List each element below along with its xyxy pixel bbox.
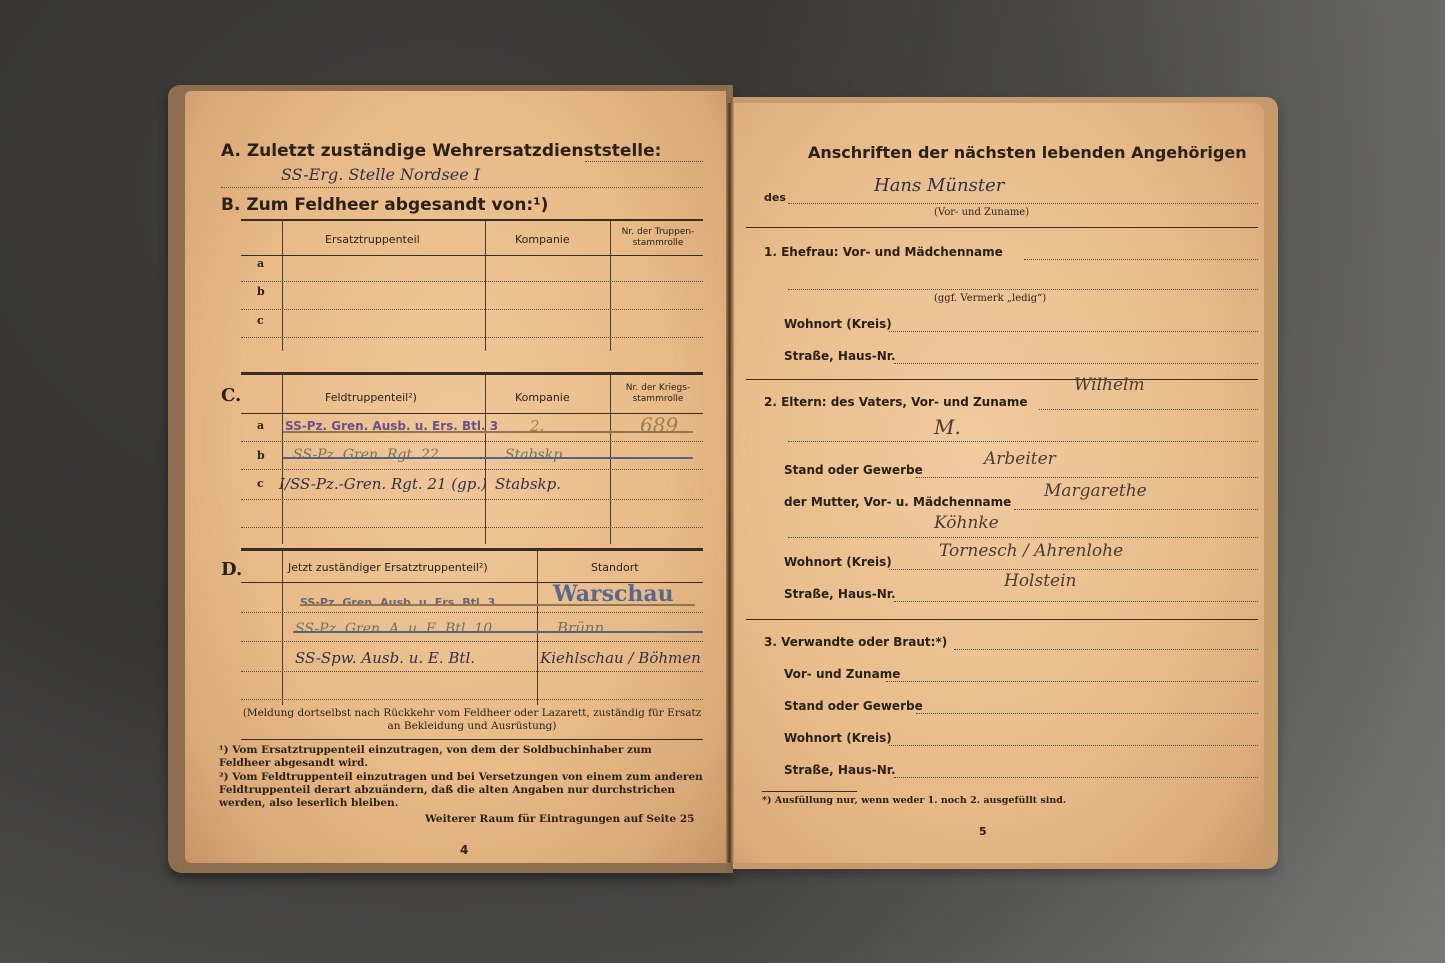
dotted-line [889,569,1258,570]
dotted-line [916,713,1258,714]
column-divider [610,221,611,351]
dotted-line [241,699,703,700]
section-3-name: Vor- und Zuname [784,667,900,681]
col-standort: Standort [591,561,639,574]
mother-label: der Mutter, Vor- u. Mädchenname [784,495,1011,509]
row-letter: a [257,419,264,432]
row-a: a [257,257,264,270]
section-d-label: D. [221,559,242,580]
col-feldtruppenteil: Feldtruppenteil²) [325,391,417,404]
row-c: c [257,314,264,327]
unit-stamp: SS-Pz. Gren. Ausb. u. Ers. Btl. 3 [300,596,495,609]
dotted-line [241,281,703,282]
rule [241,219,703,221]
soldier-name: Hans Münster [874,175,1004,196]
father-occupation: Arbeiter [984,449,1056,469]
dotted-line [788,203,1258,204]
dotted-line [1024,259,1258,260]
ledig-hint: (ggf. Vermerk „ledig“) [934,293,1046,304]
col-truppenstammrolle: Nr. der Truppen-stammrolle [615,227,701,249]
strikethrough [300,604,695,606]
column-divider [485,221,486,351]
section-2-label: 2. Eltern: des Vaters, Vor- und Zuname [764,395,1028,409]
father-first-name: Wilhelm [1074,375,1145,395]
section-1-strasse: Straße, Haus-Nr. [784,349,896,363]
strasse-label: Straße, Haus-Nr. [784,587,896,601]
column-divider [537,550,538,705]
col-ersatztruppenteil: Ersatztruppenteil [325,233,420,246]
dotted-line [241,612,703,613]
dotted-line [585,161,703,162]
rule [746,619,1258,620]
dotted-line [788,537,1258,538]
dotted-line [241,641,703,642]
unit: SS-Pz. Gren. Rgt. 22 [293,447,439,463]
section-a-value: SS-Erg. Stelle Nordsee I [281,165,480,184]
section-1-wohnort: Wohnort (Kreis) [784,317,892,331]
section-1-label: 1. Ehefrau: Vor- und Mädchenname [764,245,1003,259]
dotted-line [221,187,703,188]
location: Kiehlschau / Böhmen [540,649,701,667]
father-last-name: M. [934,415,961,439]
stand-label: Stand oder Gewerbe [784,463,923,477]
section-3-stand: Stand oder Gewerbe [784,699,923,713]
name-hint: (Vor- und Zuname) [934,207,1029,218]
column-divider [610,374,611,544]
row-letter: c [257,477,264,490]
section-3-strasse: Straße, Haus-Nr. [784,763,896,777]
dotted-line [916,477,1258,478]
dotted-line [241,309,703,310]
page-number-right: 5 [979,825,987,838]
rule [241,739,703,740]
column-divider [485,374,486,544]
unit: SS-Pz. Gren. A. u. E. Btl. 10 [295,621,492,637]
col-kompanie-c: Kompanie [515,391,570,404]
strikethrough [283,431,693,433]
des-label: des [764,191,786,204]
dotted-line [1039,409,1258,410]
rule [241,548,703,551]
footnote-2: ²) Vom Feldtruppenteil einzutragen und b… [219,771,705,810]
unit: SS-Spw. Ausb. u. E. Btl. [295,649,475,667]
more-space-note: Weiterer Raum für Eintragungen auf Seite… [425,813,694,825]
book-spine [726,103,734,863]
dotted-line [894,363,1258,364]
section-3-label: 3. Verwandte oder Braut:*) [764,635,947,649]
column-divider [282,219,283,351]
rule [762,791,857,792]
dotted-line [889,331,1258,332]
page-title: Anschriften der nächsten lebenden Angehö… [808,143,1247,162]
dotted-line [886,681,1258,682]
stammrolle-number: 689 [640,413,678,437]
rule [746,227,1258,228]
dotted-line [241,441,703,442]
page-number-left: 4 [460,843,468,857]
section-b-label: B. Zum Feldheer abgesandt von:¹) [221,195,548,215]
dotted-line [241,499,703,500]
rule [241,413,703,414]
row-letter: b [257,449,265,462]
parents-street: Holstein [1004,571,1077,591]
strikethrough [283,457,693,459]
section-c-label: C. [221,385,241,406]
right-page: Anschriften der nächsten lebenden Angehö… [734,103,1264,863]
footnote-1: ¹) Vom Ersatztruppenteil einzutragen, vo… [219,744,705,770]
parents-residence: Tornesch / Ahrenlohe [939,541,1123,561]
footnote-right: *) Ausfüllung nur, wenn weder 1. noch 2.… [762,795,1066,806]
col-kompanie: Kompanie [515,233,570,246]
location: Brünn [557,619,604,637]
dotted-line [1014,509,1258,510]
dotted-line [241,469,703,470]
dotted-line [894,777,1258,778]
rule [241,372,703,375]
section-d-note: (Meldung dortselbst nach Rückkehr vom Fe… [237,707,707,733]
rule [746,379,1258,380]
wohnort-label: Wohnort (Kreis) [784,555,892,569]
section-a-label: A. Zuletzt zuständige Wehrersatzdienstst… [221,141,661,161]
row-b: b [257,285,265,298]
dotted-line [788,441,1258,442]
company: Stabskp. [505,447,567,463]
dotted-line [241,337,703,338]
strikethrough [293,631,703,633]
column-divider [282,374,283,544]
dotted-line [894,601,1258,602]
company: Stabskp. [495,475,561,493]
col-ersatztruppenteil-d: Jetzt zuständiger Ersatztruppenteil²) [288,561,488,574]
dotted-line [241,671,703,672]
column-divider [282,550,283,705]
soldbuch-open: A. Zuletzt zuständige Wehrersatzdienstst… [168,85,1278,875]
dotted-line [889,745,1258,746]
section-3-wohnort: Wohnort (Kreis) [784,731,892,745]
unit: I/SS-Pz.-Gren. Rgt. 21 (gp.) [279,475,487,493]
dotted-line [241,527,703,528]
mother-first-name: Margarethe [1044,481,1147,501]
left-page: A. Zuletzt zuständige Wehrersatzdienstst… [185,91,726,863]
mother-last-name: Köhnke [934,513,999,533]
rule [241,255,703,256]
dotted-line [788,289,1258,290]
dotted-line [954,649,1258,650]
col-kriegsstammrolle: Nr. der Kriegs-stammrolle [615,383,701,405]
